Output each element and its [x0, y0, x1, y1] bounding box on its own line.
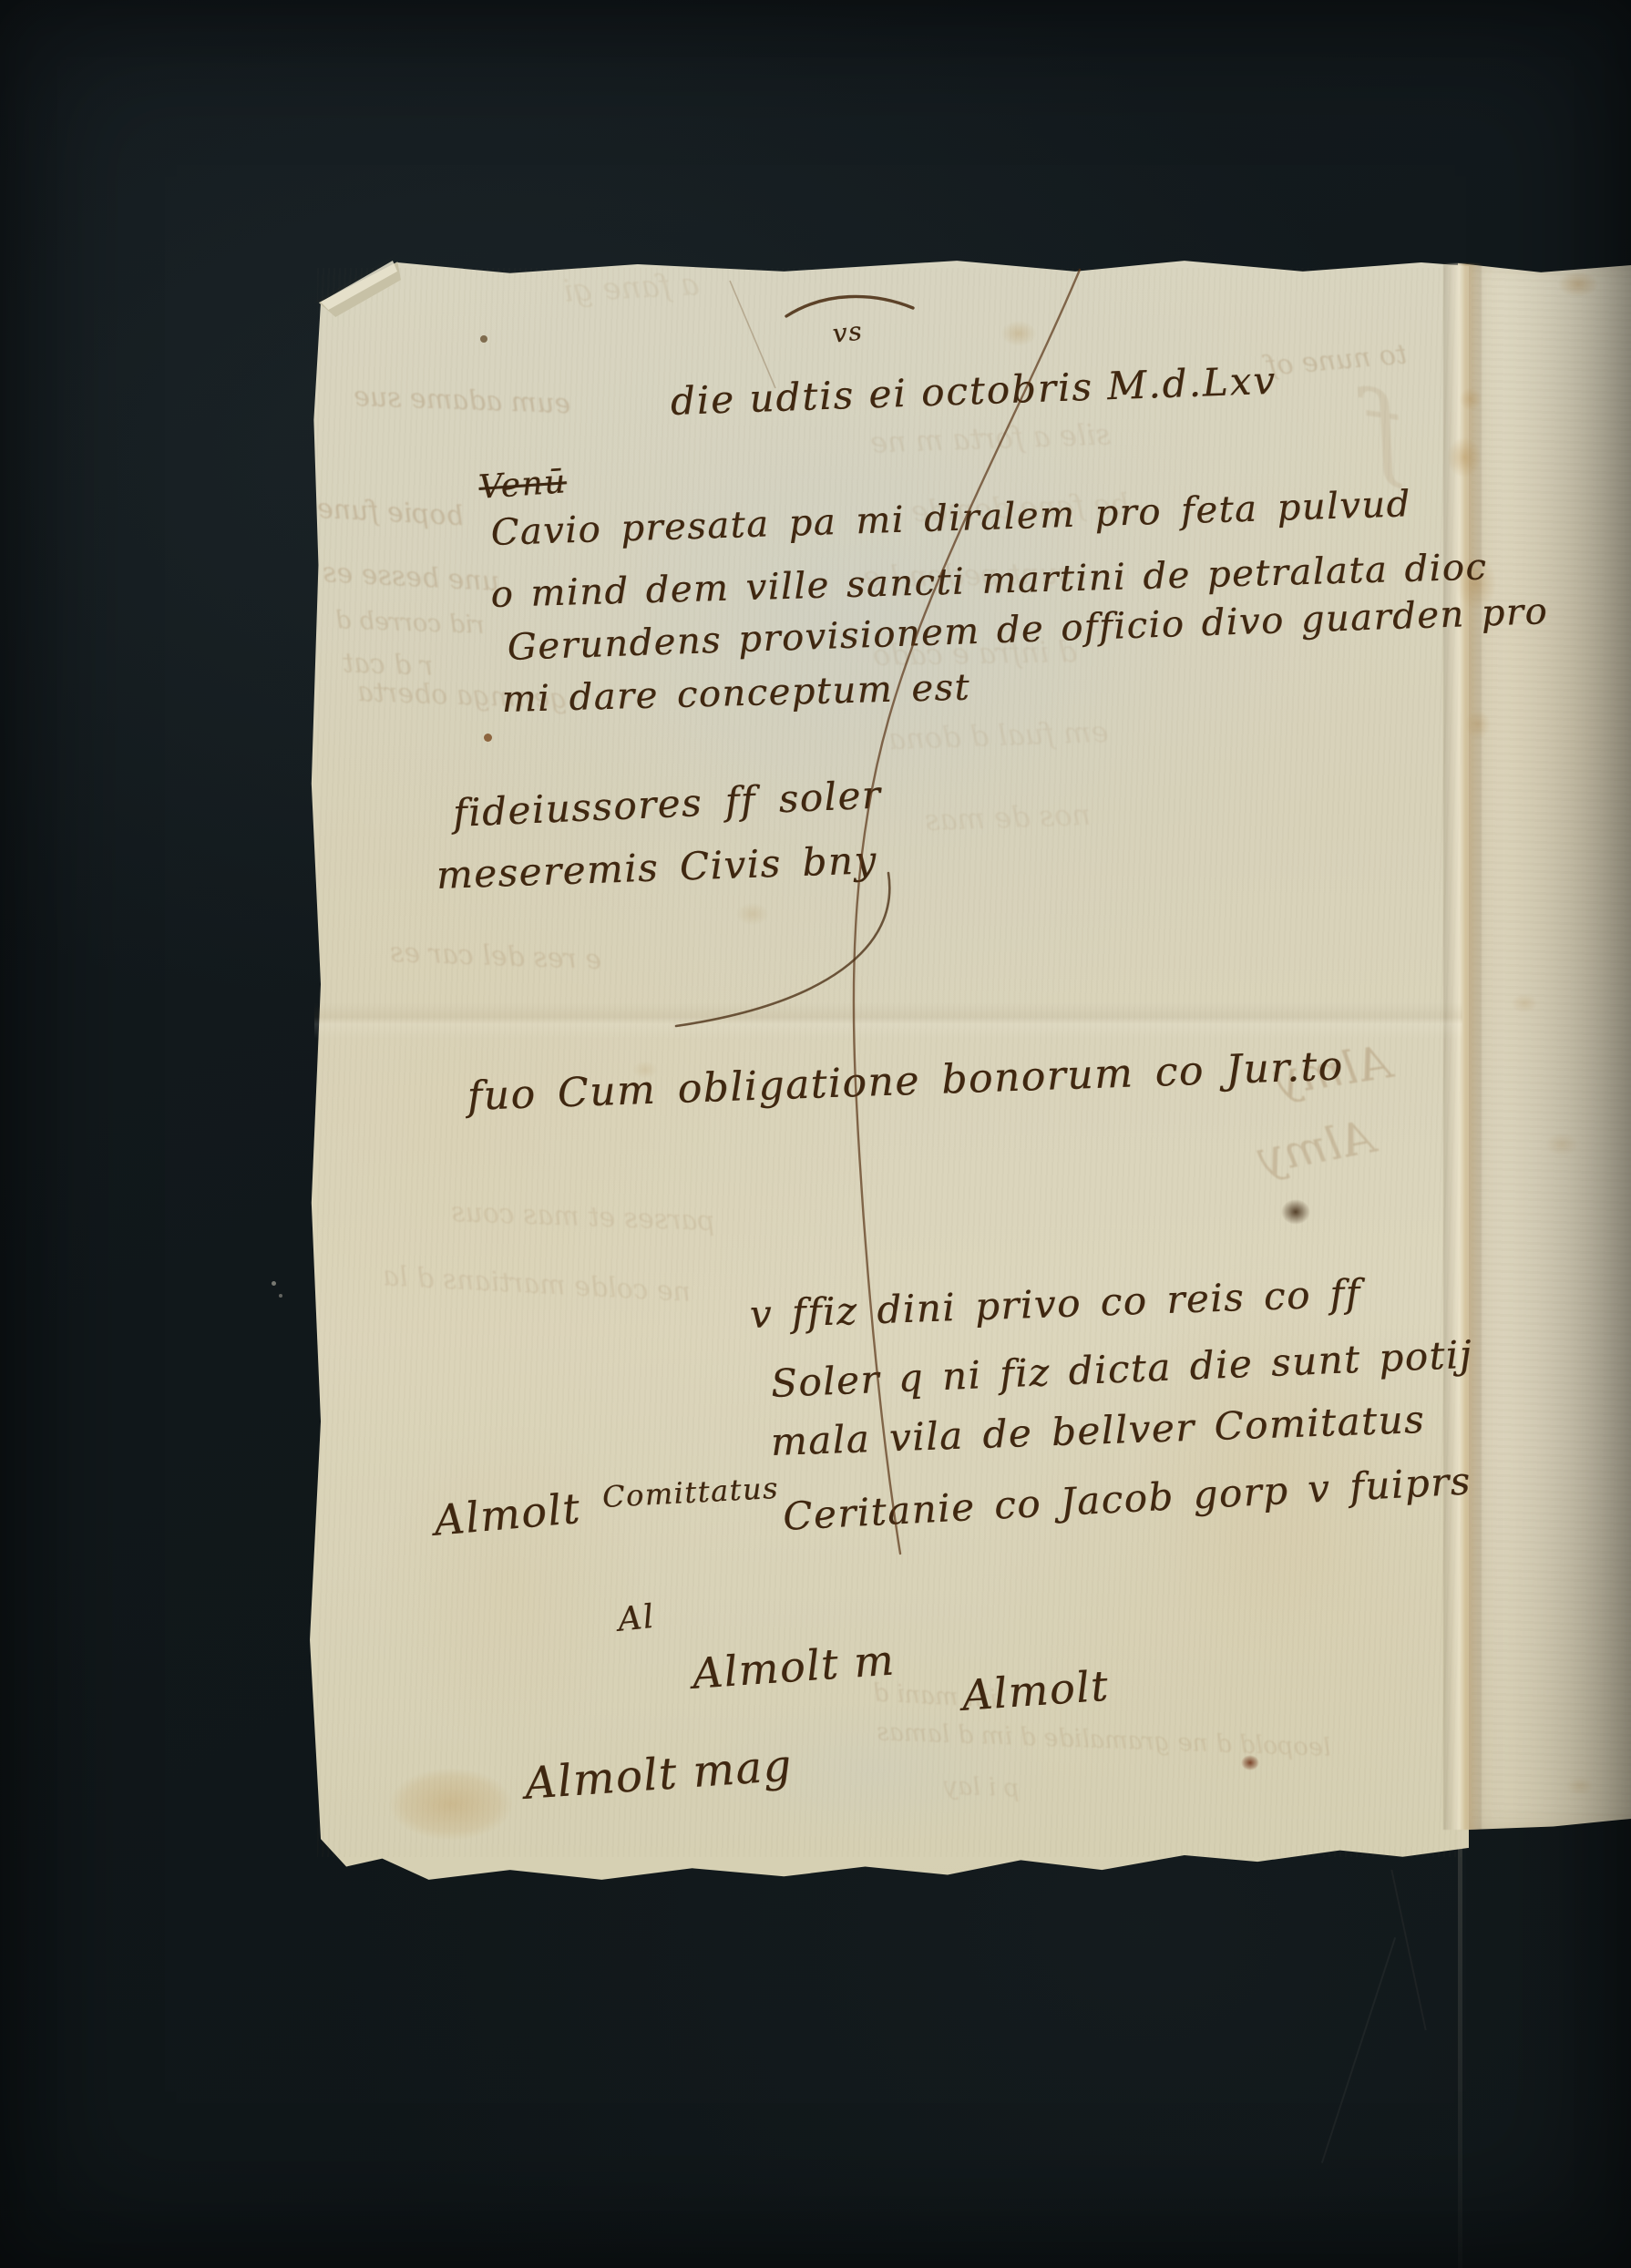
fold-crease-shadow	[1458, 1832, 1462, 2268]
backdrop-scratch	[1321, 1937, 1396, 2163]
annotation-al: Al	[616, 1598, 657, 1639]
bleed-through-text: p i lay	[943, 1772, 1020, 1803]
manuscript-photo: eum adame sue a fane gi to nune of f bop…	[0, 0, 1631, 2268]
signature-almolt-right: Almolt	[960, 1661, 1111, 1720]
backdrop-scratch	[1390, 1870, 1426, 2030]
conjugate-leaf	[1458, 261, 1631, 1830]
bleed-through-text: rid correb d	[335, 606, 486, 640]
struck-word: Venū	[477, 463, 568, 507]
dust-speck	[279, 1294, 282, 1298]
dust-speck	[272, 1281, 276, 1286]
folio-mark: vs	[831, 316, 864, 349]
bleed-through-text: nos de mas	[924, 797, 1091, 837]
bleed-through-text: a fane gi	[562, 266, 700, 310]
